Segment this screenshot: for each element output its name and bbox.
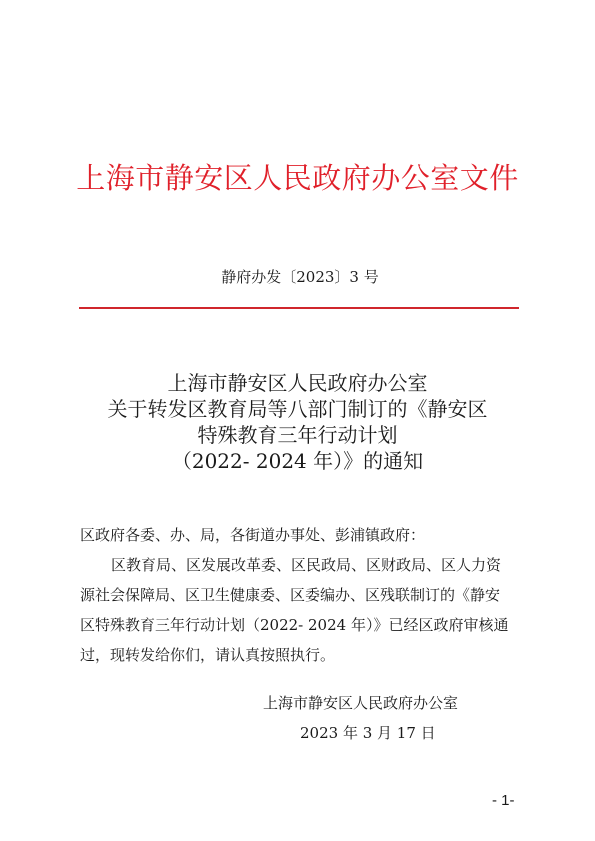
document-body: 区政府各委、办、局，各街道办事处、彭浦镇政府： 区教育局、区发展改革委、区民政局… — [80, 520, 525, 670]
signature-issuer: 上海市静安区人民政府办公室 — [263, 688, 458, 718]
subject-line: 上海市静安区人民政府办公室 — [0, 370, 595, 396]
body-line: 过，现转发给你们，请认真按照执行。 — [80, 640, 525, 670]
subject-line: （2022- 2024 年）》的通知 — [0, 448, 595, 474]
body-line: 源社会保障局、区卫生健康委、区委编办、区残联制订的《静安 — [80, 580, 525, 610]
document-subject: 上海市静安区人民政府办公室 关于转发区教育局等八部门制订的《静安区 特殊教育三年… — [0, 370, 595, 474]
red-divider-line — [79, 307, 519, 309]
signature-date: 2023 年 3 月 17 日 — [300, 718, 436, 748]
document-number: 静府办发〔2023〕3 号 — [0, 266, 595, 288]
issuer-title: 上海市静安区人民政府办公室文件 — [0, 158, 595, 198]
body-line: 区教育局、区发展改革委、区民政局、区财政局、区人力资 — [80, 550, 525, 580]
page-number: - 1- — [492, 790, 515, 812]
subject-line: 特殊教育三年行动计划 — [0, 422, 595, 448]
body-line: 区特殊教育三年行动计划（2022- 2024 年）》已经区政府审核通 — [80, 610, 525, 640]
subject-line: 关于转发区教育局等八部门制订的《静安区 — [0, 396, 595, 422]
addressee: 区政府各委、办、局，各街道办事处、彭浦镇政府： — [80, 520, 525, 550]
